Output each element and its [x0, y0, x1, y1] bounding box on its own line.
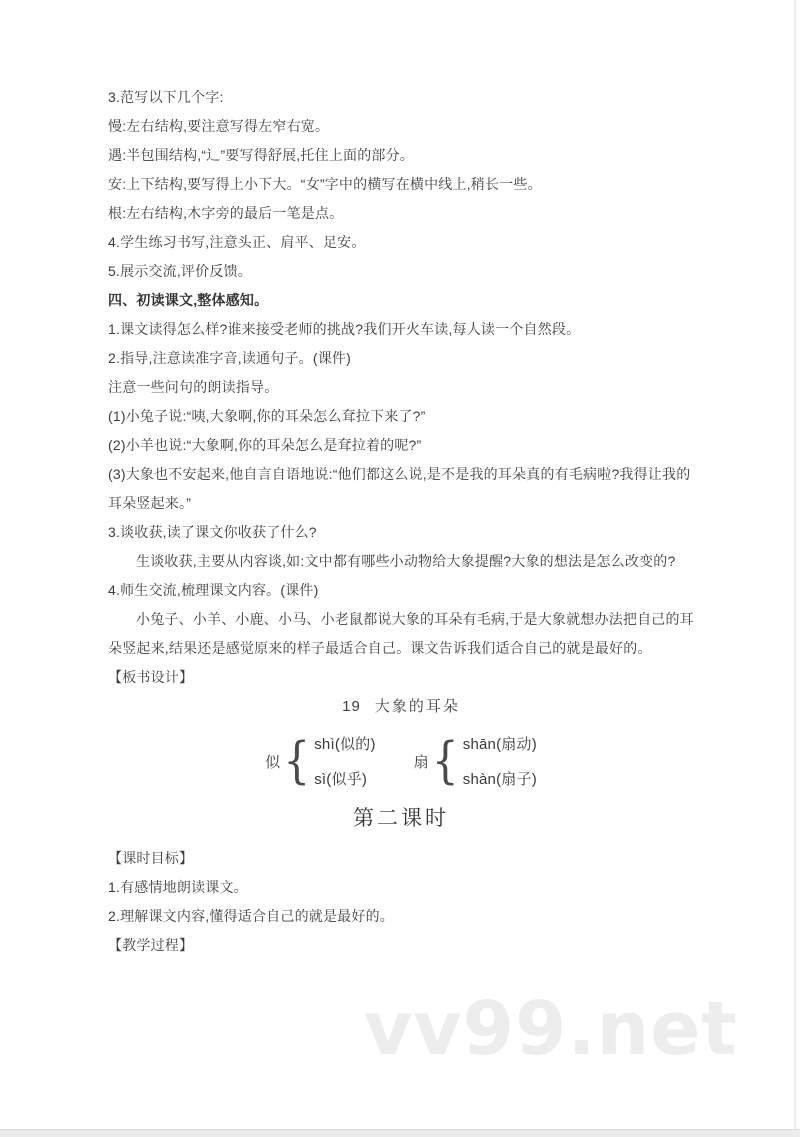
pronunciation-readings: shì(似的) sì(似乎): [314, 733, 375, 789]
reading-item: shàn(扇子): [463, 768, 537, 789]
doc-paragraph: (1)小兔子说:“咦,大象啊,你的耳朵怎么耷拉下来了?”: [108, 402, 694, 431]
brace-icon: {: [432, 736, 459, 786]
page-right-edge: [794, 0, 796, 1137]
doc-paragraph: 2.指导,注意读准字音,读通句子。(课件): [108, 344, 694, 373]
lesson-title-text: 大象的耳朵: [375, 698, 460, 715]
doc-paragraph: 5.展示交流,评价反馈。: [108, 257, 694, 286]
pronunciation-readings: shān(扇动) shàn(扇子): [463, 733, 537, 789]
doc-paragraph: 2.理解课文内容,懂得适合自己的就是最好的。: [108, 902, 694, 931]
doc-paragraph: 1.有感情地朗读课文。: [108, 873, 694, 902]
hanzi-shan: 扇: [414, 751, 429, 772]
lesson-number: 19: [342, 698, 361, 715]
pronunciation-group-si: 似 { shì(似的) sì(似乎): [265, 733, 376, 789]
session-goal-label: 【课时目标】: [108, 844, 694, 873]
doc-paragraph: 遇:半包围结构,“辶”要写得舒展,托住上面的部分。: [108, 141, 694, 170]
watermark: vv99.net: [364, 986, 738, 1072]
pronunciation-group-shan: 扇 { shān(扇动) shàn(扇子): [414, 733, 537, 789]
doc-paragraph: 安:上下结构,要写得上小下大。“女”字中的横写在横中线上,稍长一些。: [108, 170, 694, 199]
doc-paragraph: 注意一些问句的朗读指导。: [108, 373, 694, 402]
doc-paragraph: 慢:左右结构,要注意写得左窄右宽。: [108, 112, 694, 141]
reading-item: sì(似乎): [314, 768, 375, 789]
document-page: 3.范写以下几个字: 慢:左右结构,要注意写得左窄右宽。 遇:半包围结构,“辶”…: [0, 0, 800, 1137]
board-design-label: 【板书设计】: [108, 663, 694, 692]
doc-paragraph: 4.学生练习书写,注意头正、肩平、足安。: [108, 228, 694, 257]
brace-icon: {: [283, 736, 310, 786]
board-lesson-title: 19大象的耳朵: [108, 692, 694, 721]
doc-paragraph: 3.范写以下几个字:: [108, 83, 694, 112]
doc-paragraph: 4.师生交流,梳理课文内容。(课件): [108, 576, 694, 605]
doc-paragraph: (3)大象也不安起来,他自言自语地说:“他们都这么说,是不是我的耳朵真的有毛病啦…: [108, 460, 694, 518]
pronunciation-figure: 似 { shì(似的) sì(似乎) 扇 { shān(扇动) shàn(扇子): [108, 733, 694, 789]
reading-item: shān(扇动): [463, 733, 537, 754]
doc-paragraph: 根:左右结构,木字旁的最后一笔是点。: [108, 199, 694, 228]
reading-item: shì(似的): [314, 733, 375, 754]
doc-paragraph: (2)小羊也说:“大象啊,你的耳朵怎么是耷拉着的呢?”: [108, 431, 694, 460]
doc-paragraph: 小兔子、小羊、小鹿、小马、小老鼠都说大象的耳朵有毛病,于是大象就想办法把自己的耳…: [108, 605, 694, 663]
page-bottom-edge: [0, 1129, 800, 1137]
lesson-plan-content: 3.范写以下几个字: 慢:左右结构,要注意写得左窄右宽。 遇:半包围结构,“辶”…: [108, 83, 694, 960]
doc-paragraph: 3.谈收获,读了课文你收获了什么?: [108, 518, 694, 547]
session-2-title: 第二课时: [108, 804, 694, 833]
doc-paragraph: 1.课文读得怎么样?谁来接受老师的挑战?我们开火车读,每人读一个自然段。: [108, 315, 694, 344]
hanzi-si: 似: [265, 751, 280, 772]
section-heading: 四、初读课文,整体感知。: [108, 286, 694, 315]
teaching-process-label: 【教学过程】: [108, 931, 694, 960]
doc-paragraph: 生谈收获,主要从内容谈,如:文中都有哪些小动物给大象提醒?大象的想法是怎么改变的…: [108, 547, 694, 576]
